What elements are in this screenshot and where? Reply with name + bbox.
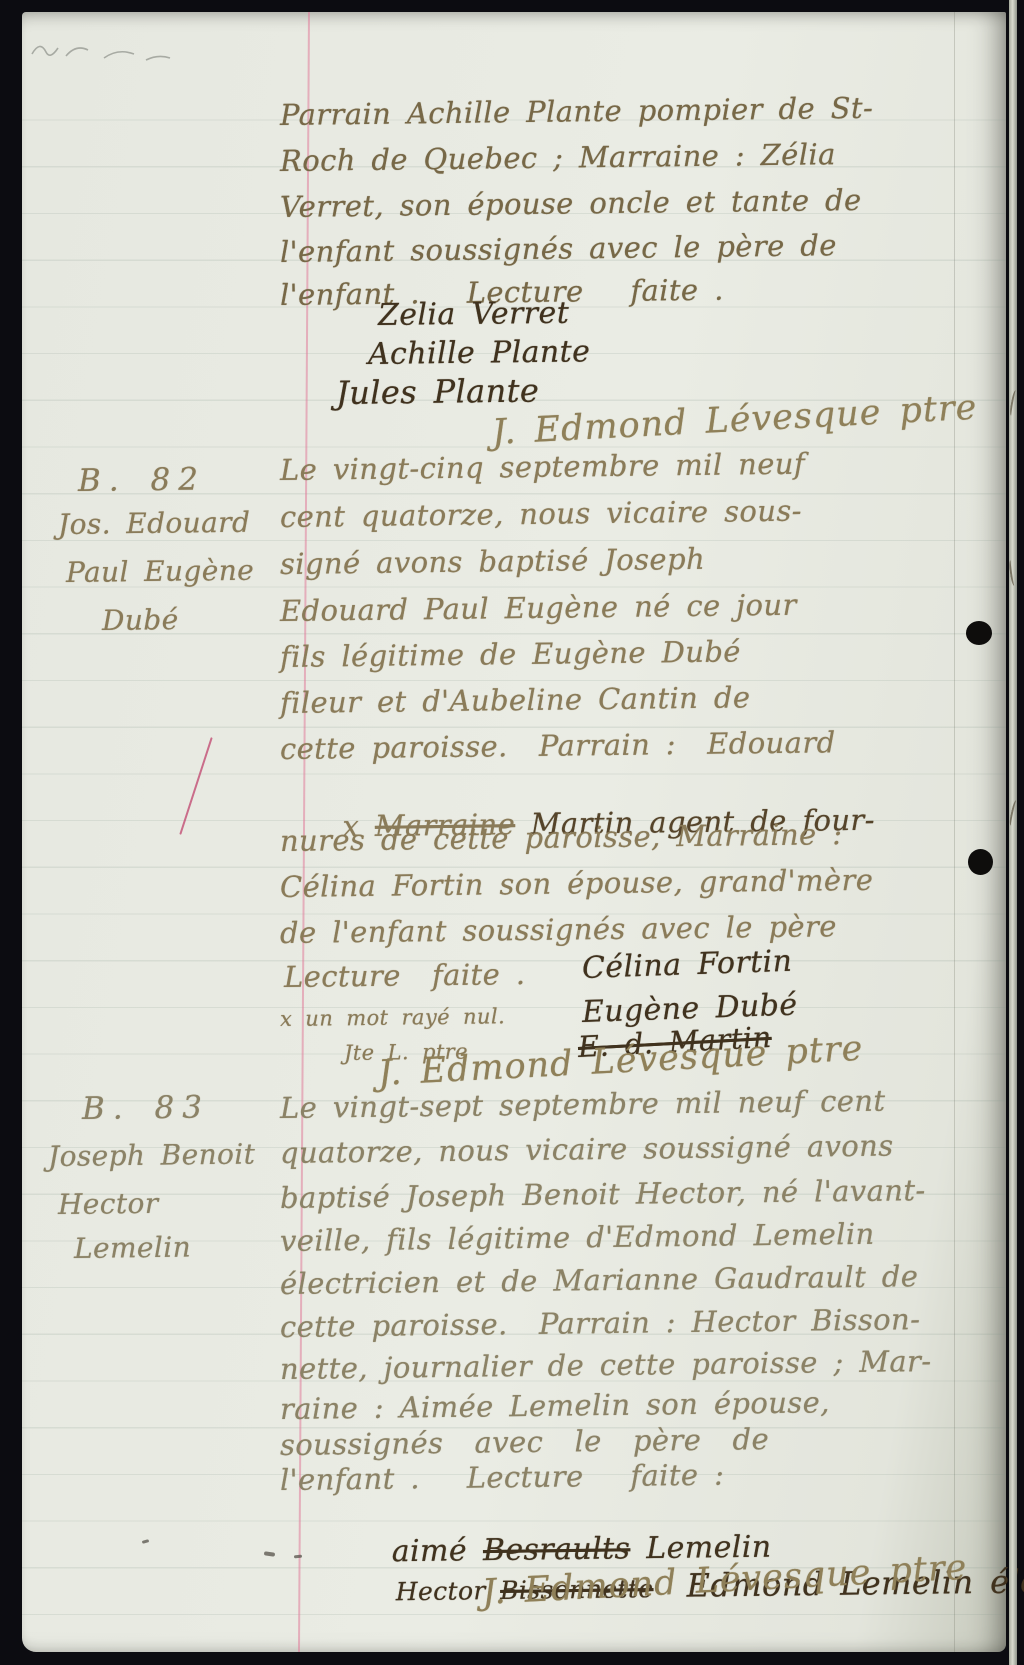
register-line: Edouard Paul Eugène né ce jour <box>280 590 797 628</box>
register-line: cette paroisse. Parrain : Edouard <box>280 727 836 766</box>
witness-signature: Achille Plante <box>368 335 591 371</box>
register-line: Le vingt-sept septembre mil neuf cent <box>280 1086 886 1125</box>
margin-name-line: Hector <box>58 1189 159 1221</box>
register-line: veille, fils légitime d'Edmond Lemelin <box>280 1219 875 1258</box>
witness-signature: Célina Fortin <box>581 945 792 985</box>
register-line: électricien et de Marianne Gaudrault de <box>280 1261 919 1301</box>
adjacent-page-edge <box>1009 0 1017 1665</box>
register-line: Célina Fortin son épouse, grand'mère <box>280 865 874 904</box>
margin-name-line: Jos. Edouard <box>58 508 251 541</box>
adjacent-page-ink-trace <box>1008 800 1018 826</box>
margin-name-line: Joseph Benoit <box>48 1139 256 1172</box>
register-line: l'enfant soussignés avec le père de <box>280 230 837 269</box>
witness-signature: Jules Plante <box>336 374 540 412</box>
register-line: soussignés avec le père de <box>280 1424 769 1462</box>
margin-name-line: Lemelin <box>74 1233 191 1265</box>
margin-name-line: Paul Eugène <box>66 556 255 589</box>
register-line: cent quatorze, nous vicaire sous- <box>280 496 802 534</box>
witness-signature: Zelia Verret <box>378 297 570 332</box>
priest-signature: J. Edmond Lévesque ptre <box>491 389 978 453</box>
register-line: baptisé Joseph Benoit Hector, né l'avant… <box>280 1175 926 1215</box>
adjacent-page-ink-trace <box>1008 560 1017 586</box>
punch-hole <box>966 621 992 645</box>
register-line: Roch de Quebec ; Marraine : Zélia <box>280 139 836 178</box>
punch-hole <box>968 849 993 875</box>
register-line: Verret, son épouse oncle et tante de <box>280 185 862 224</box>
register-line: Parrain Achille Plante pompier de St- <box>280 93 874 132</box>
register-line: raine : Aimée Lemelin son épouse, <box>280 1387 830 1426</box>
marginal-note: x un mot rayé nul. <box>280 1005 505 1031</box>
register-line: l'enfant . Lecture faite : <box>280 1460 725 1497</box>
register-line: nures de cette paroisse, Marraine : <box>280 819 843 858</box>
ink-speck <box>264 1551 275 1556</box>
register-page: Parrain Achille Plante pompier de St- Ro… <box>22 12 1006 1652</box>
register-line: cette paroisse. Parrain : Hector Bisson- <box>280 1304 921 1344</box>
register-line: nette, journalier de cette paroisse ; Ma… <box>280 1346 932 1386</box>
register-line: Le vingt-cinq septembre mil neuf <box>280 449 805 487</box>
page-crease <box>954 12 955 1652</box>
ink-speck <box>142 1539 150 1544</box>
entry-number: B. 83 <box>82 1090 210 1126</box>
ink-speck <box>294 1555 302 1559</box>
register-line: quatorze, nous vicaire soussigné avons <box>280 1131 894 1170</box>
register-line: signé avons baptisé Joseph <box>280 544 705 581</box>
pencil-smudge <box>26 26 236 76</box>
red-correction-stroke <box>179 737 212 835</box>
entry-number: B. 82 <box>78 462 206 498</box>
scan-background: { "colors": { "background": "#0c0c11", "… <box>0 0 1024 1665</box>
lecture-faite-line: Lecture faite . <box>284 959 526 994</box>
margin-name-line: Dubé <box>102 605 179 637</box>
adjacent-page-ink-trace <box>1009 390 1018 416</box>
register-line: fileur et d'Aubeline Cantin de <box>280 682 751 720</box>
register-line: fils légitime de Eugène Dubé <box>280 636 741 674</box>
